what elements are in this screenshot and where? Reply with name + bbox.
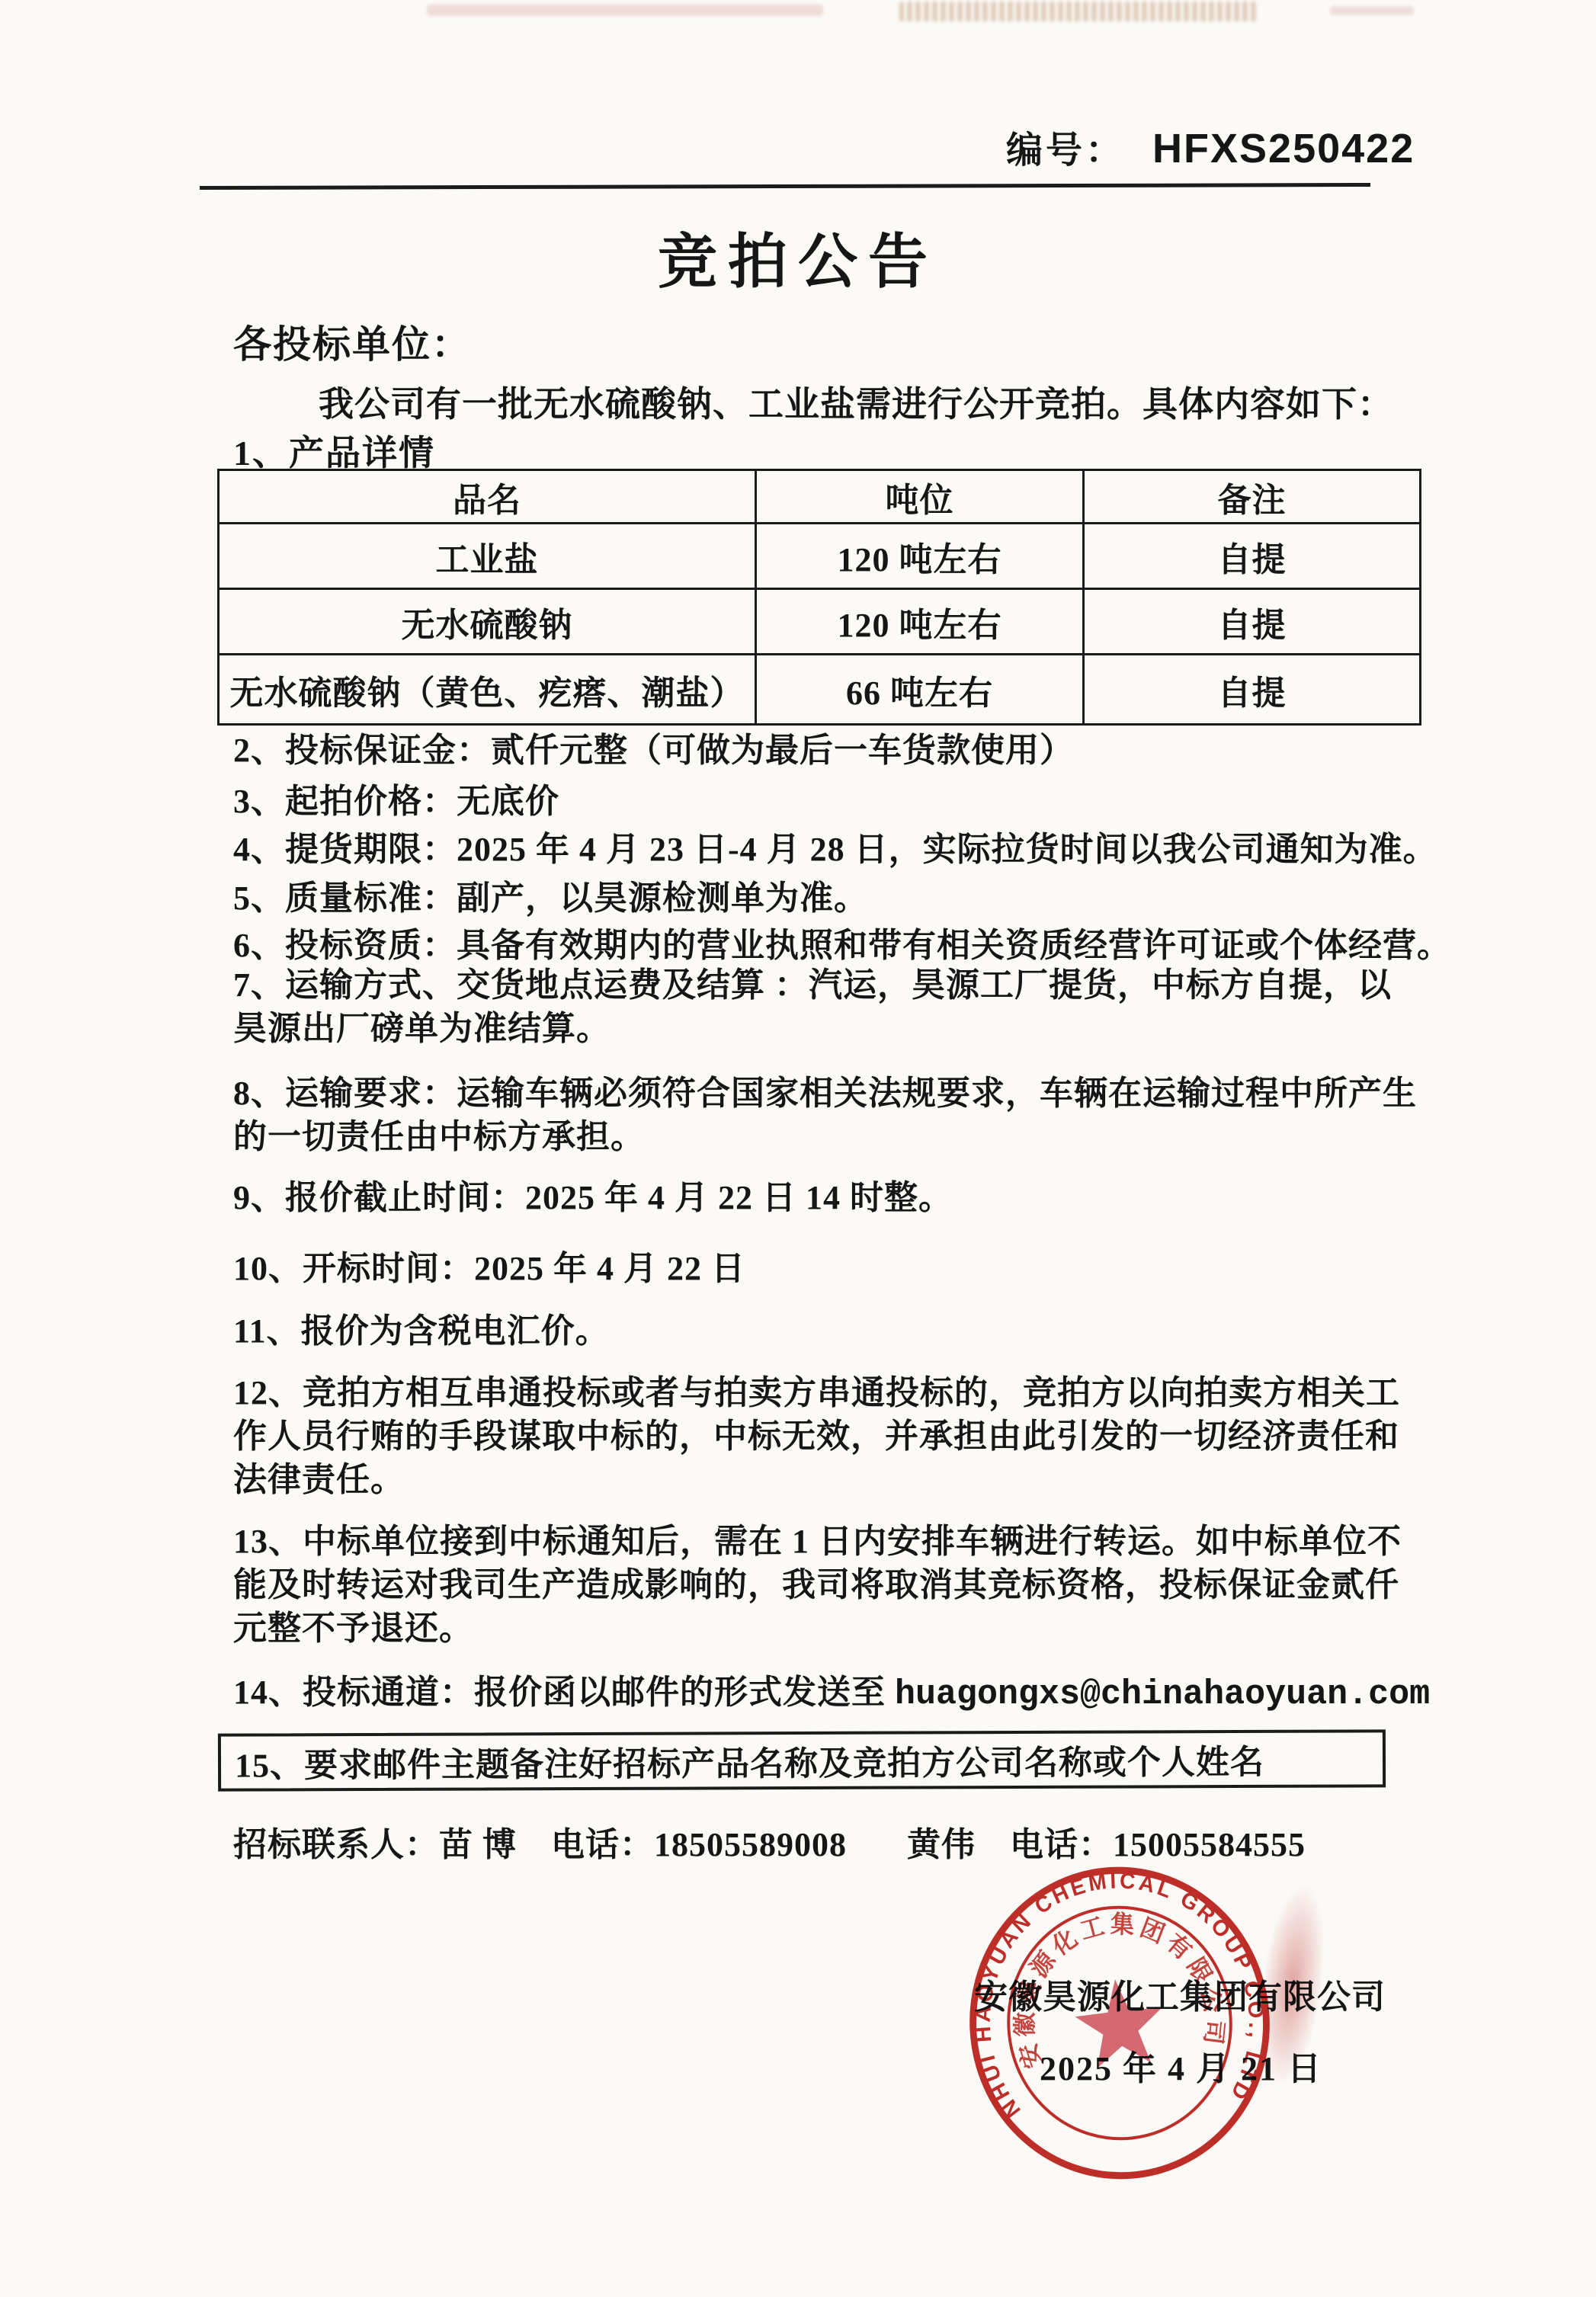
- cell-product: 工业盐: [219, 524, 756, 589]
- cell-remark: 自提: [1084, 524, 1421, 589]
- col-header-product: 品名: [219, 470, 756, 524]
- item-15-text: 15、要求邮件主题备注好招标产品名称及竞拍方公司名称或个人姓名: [235, 1735, 1264, 1787]
- contact-person-1: 招标联系人：苗 博 电话：18505589008: [233, 1817, 847, 1866]
- item-12: 12、竞拍方相互串通投标或者与拍卖方串通投标的，竞拍方以向拍卖方相关工 作人员行…: [233, 1371, 1529, 1501]
- item-10: 10、开标时间：2025 年 4 月 22 日: [233, 1247, 1529, 1290]
- item-11: 11、报价为含税电汇价。: [233, 1309, 1529, 1353]
- doc-number-line: 编号： HFXS250422: [1006, 120, 1415, 173]
- item-2: 2、投标保证金：贰仟元整（可做为最后一车货款使用）: [233, 729, 1529, 772]
- col-header-tonnage: 吨位: [756, 470, 1084, 524]
- item-4: 4、提货期限：2025 年 4 月 23 日-4 月 28 日，实际拉货时间以我…: [233, 828, 1529, 871]
- item-7: 7、运输方式、交货地点运费及结算 ：汽运，昊源工厂提货，中标方自提，以 昊源出厂…: [233, 963, 1529, 1050]
- page-title: 竞拍公告: [0, 214, 1596, 300]
- phone-label: 电话：: [976, 1826, 1113, 1863]
- cell-tonnage: 66 吨左右: [756, 655, 1084, 725]
- scanned-document-page: 编号： HFXS250422 竞拍公告 各投标单位： 我公司有一批无水硫酸钠、工…: [0, 0, 1596, 2297]
- item-5: 5、质量标准：副产，以昊源检测单为准。: [233, 876, 1529, 920]
- scan-artifact: [1330, 6, 1414, 15]
- item-3: 3、起拍价格：无底价: [233, 780, 1529, 823]
- cell-product: 无水硫酸钠: [219, 589, 756, 655]
- scan-artifact: [427, 5, 823, 16]
- item-8: 8、运输要求：运输车辆必须符合国家相关法规要求，车辆在运输过程中所产生 的一切责…: [233, 1072, 1529, 1158]
- table-row: 无水硫酸钠 120 吨左右 自提: [219, 589, 1421, 655]
- contact-2-name: 黄伟: [907, 1826, 976, 1863]
- cell-remark: 自提: [1084, 655, 1421, 725]
- phone-label: 电话：: [517, 1826, 654, 1863]
- company-seal-stamp: ANHUI HAOYUAN CHEMICAL GROUP CO., LTD. 安…: [948, 1846, 1291, 2200]
- table-header-row: 品名 吨位 备注: [219, 470, 1421, 524]
- cell-tonnage: 120 吨左右: [756, 524, 1084, 589]
- doc-number-label: 编号：: [1006, 120, 1125, 173]
- scan-artifact: [899, 2, 1258, 21]
- cell-product: 无水硫酸钠（黄色、疙瘩、潮盐）: [219, 655, 756, 725]
- table-row: 工业盐 120 吨左右 自提: [219, 524, 1421, 589]
- item-9: 9、报价截止时间：2025 年 4 月 22 日 14 时整。: [233, 1176, 1529, 1219]
- cell-tonnage: 120 吨左右: [756, 589, 1084, 655]
- item-6: 6、投标资质：具备有效期内的营业执照和带有相关资质经营许可证或个体经营。: [233, 924, 1529, 967]
- doc-number-value: HFXS250422: [1152, 125, 1415, 172]
- item-13: 13、中标单位接到中标通知后，需在 1 日内安排车辆进行转运。如中标单位不 能及…: [233, 1520, 1529, 1650]
- salutation: 各投标单位：: [233, 314, 471, 369]
- contact-label: 招标联系人：: [233, 1826, 439, 1863]
- contact-1-name: 苗 博: [439, 1826, 517, 1863]
- seal-star-icon: [1072, 1975, 1168, 2070]
- cell-remark: 自提: [1084, 589, 1421, 655]
- col-header-remark: 备注: [1084, 470, 1421, 524]
- table-row: 无水硫酸钠（黄色、疙瘩、潮盐） 66 吨左右 自提: [219, 655, 1421, 725]
- item-15-highlight-box: 15、要求邮件主题备注好招标产品名称及竞拍方公司名称或个人姓名: [218, 1729, 1386, 1791]
- intro-paragraph: 我公司有一批无水硫酸钠、工业盐需进行公开竞拍。具体内容如下：: [319, 376, 1393, 427]
- bid-email-address: huagongxs@chinahaoyuan.com: [895, 1675, 1430, 1714]
- item-14-text: 14、投标通道：报价函以邮件的形式发送至: [233, 1674, 895, 1711]
- product-table: 品名 吨位 备注 工业盐 120 吨左右 自提 无水硫酸钠 120 吨左右 自提…: [217, 469, 1421, 726]
- header-rule: [200, 183, 1370, 190]
- contact-1-phone: 18505589008: [654, 1826, 847, 1863]
- item-14: 14、投标通道：报价函以邮件的形式发送至 huagongxs@chinahaoy…: [233, 1671, 1529, 1716]
